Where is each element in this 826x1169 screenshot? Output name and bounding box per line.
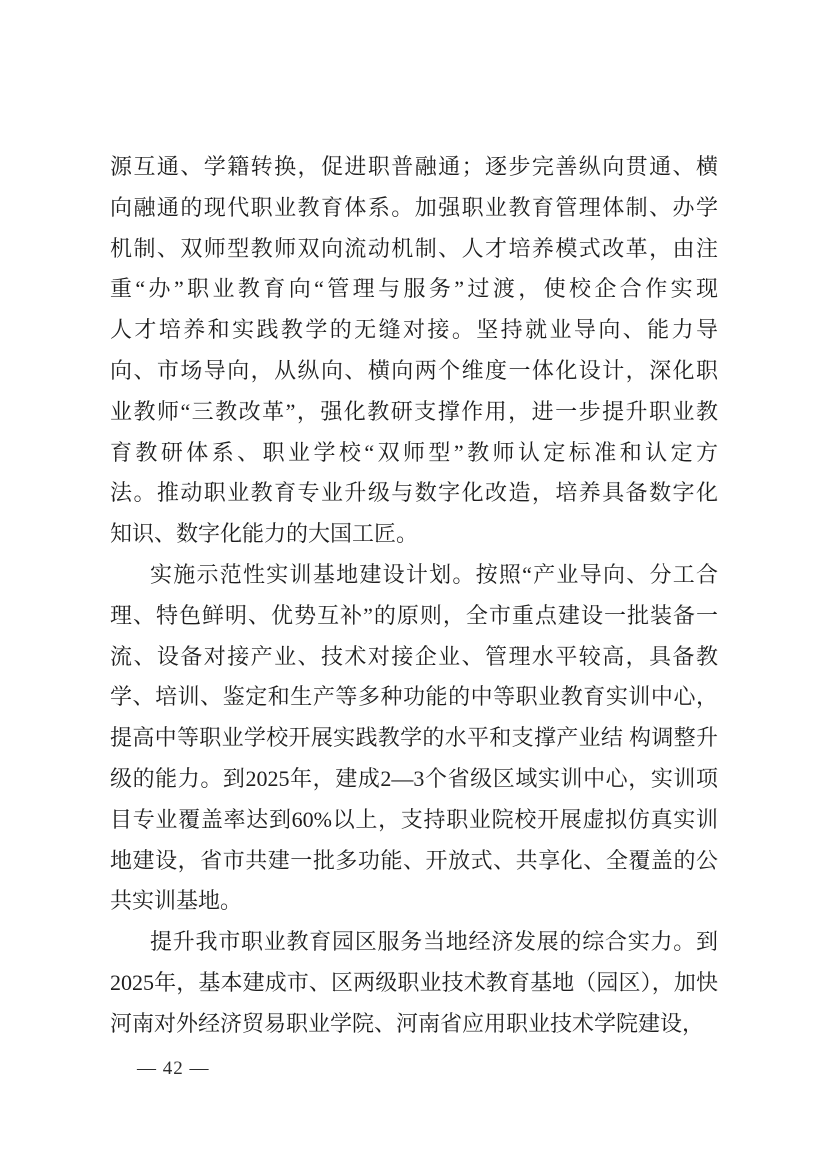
text-line: 育教研体系、职业学校“双师型”教师认定标准和认定方 <box>110 433 718 474</box>
text-line: 级的能力。到2025年，建成2—3个省级区域实训中心，实训项 <box>110 759 718 800</box>
text-line: 重“办”职业教育向“管理与服务”过渡，使校企合作实现 <box>110 269 718 310</box>
text-line: 理、特色鲜明、优势互补”的原则，全市重点建设一批装备一 <box>110 596 718 637</box>
text-line: 河南对外经济贸易职业学院、河南省应用职业技术学院建设， <box>110 1004 718 1045</box>
document-text-block: 源互通、学籍转换，促进职普融通；逐步完善纵向贯通、横 向融通的现代职业教育体系。… <box>110 147 718 1045</box>
text-line: 地建设，省市共建一批多功能、开放式、共享化、全覆盖的公 <box>110 841 718 882</box>
text-line: 目专业覆盖率达到60%以上，支持职业院校开展虚拟仿真实训基 <box>110 800 718 841</box>
text-line: 流、设备对接产业、技术对接企业、管理水平较高，具备教 <box>110 637 718 678</box>
text-line: 法。推动职业教育专业升级与数字化改造，培养具备数字化 <box>110 473 718 514</box>
paragraph-2: 实施示范性实训基地建设计划。按照“产业导向、分工合 理、特色鲜明、优势互补”的原… <box>110 555 718 922</box>
text-line: 业教师“三教改革”，强化教研支撑作用，进一步提升职业教 <box>110 392 718 433</box>
text-line: 提升我市职业教育园区服务当地经济发展的综合实力。到 <box>110 922 718 963</box>
text-line: 向融通的现代职业教育体系。加强职业教育管理体制、办学 <box>110 188 718 229</box>
text-line: 向、市场导向，从纵向、横向两个维度一体化设计，深化职 <box>110 351 718 392</box>
paragraph-1: 源互通、学籍转换，促进职普融通；逐步完善纵向贯通、横 向融通的现代职业教育体系。… <box>110 147 718 555</box>
page-number: — 42 — <box>137 1057 210 1081</box>
text-line: 提高中等职业学校开展实践教学的水平和支撑产业结 构调整升 <box>110 718 718 759</box>
document-page: 源互通、学籍转换，促进职普融通；逐步完善纵向贯通、横 向融通的现代职业教育体系。… <box>0 0 826 1169</box>
paragraph-3: 提升我市职业教育园区服务当地经济发展的综合实力。到 2025年，基本建成市、区两… <box>110 922 718 1044</box>
text-line: 人才培养和实践教学的无缝对接。坚持就业导向、能力导 <box>110 310 718 351</box>
text-line: 2025年，基本建成市、区两级职业技术教育基地（园区），加快 <box>110 963 718 1004</box>
text-line: 知识、数字化能力的大国工匠。 <box>110 514 718 555</box>
text-line: 实施示范性实训基地建设计划。按照“产业导向、分工合 <box>110 555 718 596</box>
text-line: 学、培训、鉴定和生产等多种功能的中等职业教育实训中心， <box>110 677 718 718</box>
text-line: 机制、双师型教师双向流动机制、人才培养模式改革，由注 <box>110 229 718 270</box>
text-line: 共实训基地。 <box>110 881 718 922</box>
text-line: 源互通、学籍转换，促进职普融通；逐步完善纵向贯通、横 <box>110 147 718 188</box>
